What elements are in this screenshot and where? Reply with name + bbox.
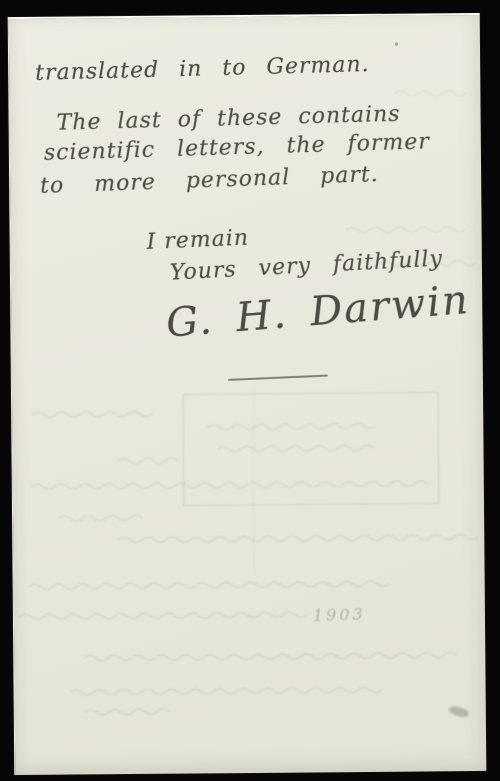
ghost-line	[85, 709, 169, 715]
ghost-line	[29, 581, 389, 589]
ghost-line	[217, 445, 373, 451]
photo-backdrop: 1903 translated in to German. The last o…	[0, 0, 500, 781]
showthrough-ghost-box	[183, 392, 439, 505]
ghost-line	[394, 91, 466, 97]
paper-speck	[395, 43, 398, 46]
showthrough-year-note: 1903	[313, 605, 366, 625]
ghost-line	[84, 653, 456, 661]
ghost-line	[70, 687, 382, 695]
ghost-line	[58, 515, 142, 521]
ghost-line	[32, 411, 152, 417]
ghost-line	[19, 612, 307, 620]
ghost-line	[118, 534, 478, 542]
ghost-line	[118, 458, 178, 464]
letter-closing-remain: I remain	[146, 225, 249, 254]
letter-page: 1903 translated in to German. The last o…	[8, 13, 487, 775]
ghost-line	[346, 227, 466, 233]
ghost-line	[31, 481, 427, 489]
ghost-line	[207, 423, 375, 429]
